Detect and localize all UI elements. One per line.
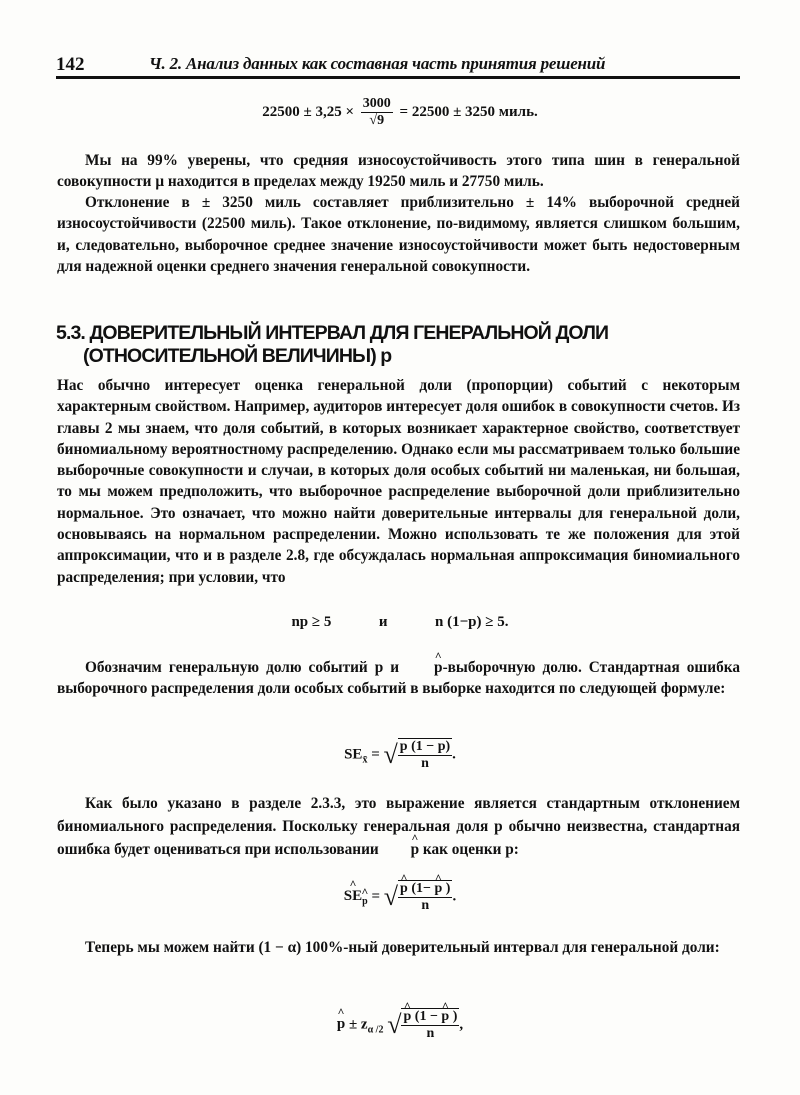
formula-conditions: np ≥ 5 и n (1−p) ≥ 5. — [0, 614, 800, 631]
page-number: 142 — [56, 54, 85, 76]
fraction-numerator: 3000 — [361, 96, 393, 113]
paragraph-deviation: Отклонение в ± 3250 миль составляет приб… — [57, 192, 740, 277]
formula-left: 22500 ± 3,25 × — [262, 104, 354, 120]
formula-mean-interval: 22500 ± 3,25 × 3000 √9 = 22500 ± 3250 ми… — [0, 96, 800, 129]
text: ) — [442, 881, 450, 896]
header-rule — [56, 76, 740, 79]
running-title: Ч. 2. Анализ данных как составная часть … — [149, 54, 605, 74]
formula-estimated-se: SEp = √p (1− p )n. — [0, 880, 800, 914]
square-root: √p (1− p )n — [384, 880, 453, 914]
section-heading-line1: 5.3. ДОВЕРИТЕЛЬНЫЙ ИНТЕРВАЛ ДЛЯ ГЕНЕРАЛЬ… — [56, 322, 608, 344]
paragraph-notation: Обозначим генеральную долю событий p и p… — [57, 657, 740, 700]
section-heading-line2: (ОТНОСИТЕЛЬНОЙ ВЕЛИЧИНЫ) p — [56, 345, 756, 368]
p-hat: p — [400, 881, 408, 897]
fraction-denominator: √9 — [361, 113, 393, 129]
se-subscript: p — [362, 896, 368, 907]
numerator: p (1 − p ) — [401, 1009, 459, 1026]
p-hat: p — [406, 657, 443, 678]
text: как оценки p: — [419, 841, 519, 858]
plus-minus-z: ± z — [349, 1016, 368, 1032]
se-hat-label: SE — [344, 888, 362, 905]
condition-left: np ≥ 5 — [291, 614, 331, 630]
se-label: SE — [344, 746, 362, 762]
text: (1 − — [411, 1009, 441, 1024]
paragraph-interval: Теперь мы можем найти (1 − α) 100%-ный д… — [57, 937, 740, 958]
equals: = — [371, 888, 380, 904]
denominator: n — [401, 1026, 459, 1042]
text: Обозначим генеральную долю событий p и — [85, 659, 406, 676]
z-subscript: α /2 — [368, 1024, 384, 1035]
document-page: 142 Ч. 2. Анализ данных как составная ча… — [0, 0, 800, 1095]
radical-icon: √ — [387, 1010, 401, 1039]
section-heading: 5.3. ДОВЕРИТЕЛЬНЫЙ ИНТЕРВАЛ ДЛЯ ГЕНЕРАЛЬ… — [56, 322, 756, 368]
formula-right: = 22500 ± 3250 миль. — [400, 104, 538, 120]
fraction: 3000 √9 — [361, 96, 393, 129]
se-subscript: x̄ — [362, 754, 367, 765]
p-hat: p — [337, 1016, 345, 1033]
p-hat: p — [383, 838, 420, 861]
p-hat: p — [434, 881, 442, 897]
p-hat: p — [441, 1009, 449, 1025]
p-hat: p — [403, 1009, 411, 1025]
condition-right: n (1−p) ≥ 5. — [435, 614, 508, 630]
square-root: √p (1 − p )n — [387, 1008, 459, 1042]
paragraph-confidence: Мы на 99% уверены, что средняя износоуст… — [57, 150, 740, 193]
page-header: 142 Ч. 2. Анализ данных как составная ча… — [56, 54, 740, 76]
paragraph-proportion-intro: Нас обычно интересует оценка генеральной… — [57, 375, 740, 588]
comma: , — [459, 1016, 463, 1032]
denominator: n — [398, 898, 452, 914]
period: . — [452, 746, 456, 762]
text: (1− — [408, 881, 435, 896]
formula-proportion-interval: p ± zα /2 √p (1 − p )n, — [0, 1008, 800, 1042]
period: . — [452, 888, 456, 904]
denominator: n — [398, 756, 452, 772]
radical-icon: √ — [384, 882, 398, 911]
numerator: p (1− p ) — [398, 881, 452, 898]
formula-standard-error: SEx̄ = √p (1 − p)n. — [0, 738, 800, 772]
equals: = — [371, 746, 380, 762]
condition-conjunction: и — [379, 614, 388, 630]
text: ) — [449, 1009, 457, 1024]
square-root: √p (1 − p)n — [384, 738, 453, 772]
radical-icon: √ — [384, 740, 398, 769]
numerator: p (1 − p) — [398, 739, 452, 756]
paragraph-binomial: Как было указано в разделе 2.3.3, это вы… — [57, 792, 740, 861]
